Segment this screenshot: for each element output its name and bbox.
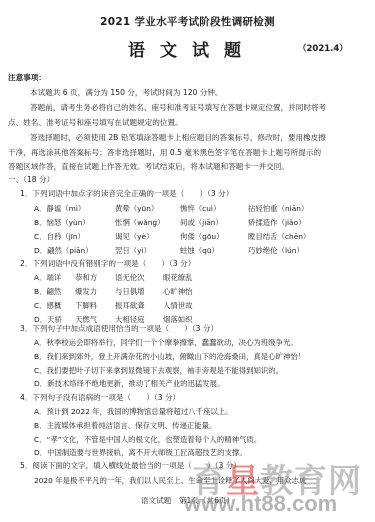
option-cell: 振耳欲聋	[115, 302, 145, 309]
exam-date: （2021.4）	[298, 42, 348, 54]
option-cell: 恭和方	[75, 274, 97, 281]
option-cell: 憔悴（cuì）	[180, 205, 220, 212]
option-cell: 矫揉造作（jiǎo）	[248, 219, 306, 226]
subject-title: 语文试题	[128, 36, 256, 61]
option-cell: A．端详	[34, 274, 61, 281]
notice-line: 答题区域作答，直接在试题上作答无效。考试结束后，将本试题和答题卡一并交回。	[8, 163, 289, 171]
option-cell: 人情世故	[163, 302, 193, 309]
option-cell: 爆发力	[75, 288, 97, 295]
option-line: C．“孝”文化，不管是中国人的根文化，也塑造着每个人的精神气质。	[34, 436, 261, 443]
passage-line: 2020 年是极不平凡的一年，我们以人民至上、生命至上诠释了人间大爱，用众志成	[34, 477, 306, 484]
question-stem: 4．下列句子没有语病的一项是（ ）（3 分）	[20, 394, 180, 402]
option-cell: 语无伦次	[115, 274, 145, 281]
exam-name: 2021 学业水平考试阶段性调研检测	[0, 14, 375, 29]
option-cell: 谒见（yè）	[115, 233, 153, 240]
option-cell: A．静谧（mì）	[34, 205, 85, 212]
notice-line: 答选择题时，必须使用 2B 铅笔填涂答题卡上相应题目的答案标号，修改时，要用橡皮…	[30, 134, 326, 142]
option-cell: 黄晕（yūn）	[115, 205, 158, 212]
option-line: B．主流媒体承担着纯洁语言、保存文明、传递正能量。	[34, 422, 216, 429]
option-cell: B．恼怒（yùn）	[34, 219, 90, 226]
question-stem: 2．下列词语中没有错别字的一项是（ ）（3 分）	[20, 260, 195, 268]
section-label: 一、（18 分）	[8, 176, 54, 184]
option-cell: 大相径庭	[115, 316, 145, 323]
option-cell: B．翩然	[34, 288, 61, 295]
option-cell: 间或（jiān）	[180, 219, 223, 226]
notice-line: 答题前，请考生务必将自己的姓名、座号和准考证号填写在答题卡规定位置，并同时将考	[30, 104, 326, 112]
option-cell: C．自矜（jīn）	[34, 233, 85, 240]
option-cell: 蛀蚀（qū）	[180, 247, 219, 254]
option-line: D．中国制造要与世界接轨，离不开大师级工匠高超技艺的支撑。	[34, 449, 247, 456]
option-cell: 心旷神怡	[163, 288, 193, 295]
option-cell: 巧妙绝伦（lún）	[248, 247, 304, 254]
exam-page: 2021 学业水平考试阶段性调研检测 语文试题 （2021.4） 注意事项： 本…	[0, 0, 375, 522]
option-line: A．秋季校运会即将举行，同学们一个个摩拳擦掌，蠢蠢欲动，决心为班级争光。	[34, 339, 298, 346]
notice-line: 点、姓名、准考证号和座号填写在试题规定的位置。	[8, 119, 183, 127]
notice-heading: 注意事项：	[8, 74, 46, 82]
question-stem: 1．下列词语中加点字的读音完全正确的一项是（ ）（3 分）	[20, 190, 233, 198]
option-cell: 佝偻（gōu）	[180, 233, 223, 240]
option-cell: D．翩然（piān）	[34, 247, 93, 254]
page-footer: 语文试题 第1页（共6页）	[0, 495, 375, 506]
option-line: D．新技术络绎不绝地更新，推动了相关产业的迅猛发展。	[34, 380, 224, 387]
option-cell: 天燃气	[75, 316, 97, 323]
option-cell: 拈轻怕重（niān）	[248, 205, 308, 212]
option-line: C．我们要把叶子切下来拿到显微镜下去观察，袖手旁观是不能得到知识的。	[34, 367, 283, 374]
option-cell: 翌日（yì）	[115, 247, 151, 254]
option-cell: 与日俱增	[115, 288, 145, 295]
option-cell: D．天骄	[34, 316, 62, 323]
option-cell: 瞠目结舌（chēn）	[248, 233, 310, 240]
notice-line: 干净，再选涂其他答案标号；答非选择题时，用 0.5 毫米黑色签字笔在答题卡上题号…	[8, 149, 321, 157]
option-line: B．我们来到郊外，登上开满杂花的小山坡，俯瞰山下的沧海桑田，真是心旷神怡！	[34, 353, 305, 360]
title-row: 语文试题 （2021.4）	[0, 36, 375, 60]
option-line: A．预计到 2022 年，我国的博物馆总量将超过八千座以上。	[34, 408, 233, 415]
option-cell: 烟落如织	[163, 316, 193, 323]
option-cell: 怅惘（wǎng）	[115, 219, 165, 226]
notice-line: 本试题共 6 页，满分为 150 分，考试时间为 120 分钟。	[30, 89, 223, 97]
option-cell: 眼花缭乱	[163, 274, 193, 281]
option-cell: 下脚料	[75, 302, 97, 309]
option-cell: C．感概	[34, 302, 61, 309]
question-stem: 3．下列句子中加点成语使用恰当的一项是（ ）（3 分）	[20, 325, 218, 333]
question-stem: 5．阅读下面的文字，填入横线处最恰当的一项是（ ）（3 分）	[20, 462, 241, 470]
